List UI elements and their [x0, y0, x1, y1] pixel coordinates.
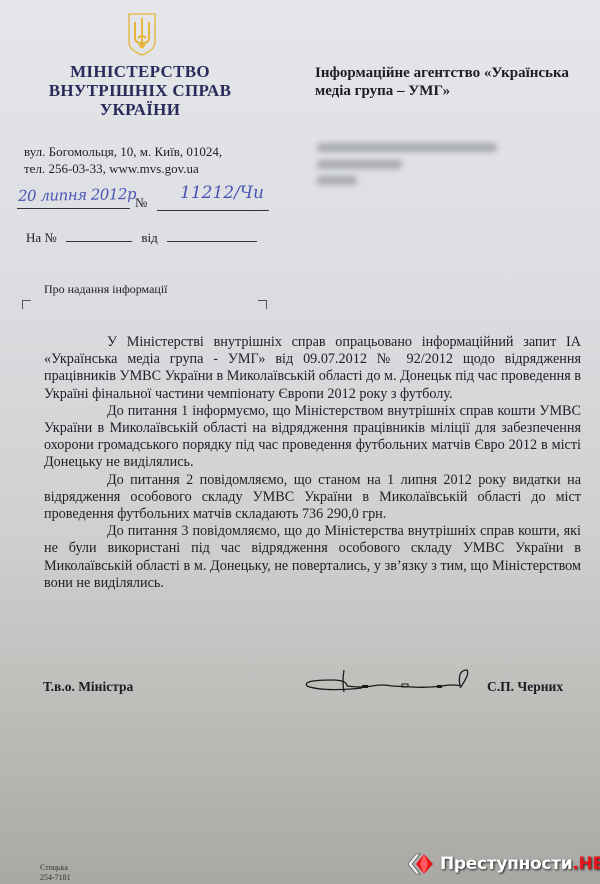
reply-reference: На № від	[26, 230, 257, 246]
signatory-name: С.П. Черних	[487, 679, 563, 695]
watermark-name: Преступности	[440, 854, 572, 874]
ministry-line-2: ВНУТРІШНІХ СПРАВ	[40, 81, 240, 100]
number-label: №	[135, 195, 147, 211]
recipient: Інформаційне агентство «Українська медіа…	[315, 64, 595, 100]
reply-number-blank	[66, 241, 132, 242]
body-paragraph: У Міністерстві внутрішніх справ опрацьов…	[44, 334, 581, 403]
reply-number-label: На №	[26, 230, 57, 245]
diamond-logo-icon	[406, 850, 436, 878]
executor-info: Стоцька 254-7181	[40, 863, 71, 883]
ministry-line-3: УКРАЇНИ	[40, 100, 240, 119]
letter-subject: Про надання інформації	[44, 282, 168, 297]
subject-bracket-left	[22, 300, 31, 309]
redacted-postcode-line	[317, 176, 357, 185]
recipient-line-1: Інформаційне агентство «Українська	[315, 64, 595, 82]
ministry-line-1: МІНІСТЕРСТВО	[40, 62, 240, 81]
body-paragraph: До питання 1 інформуємо, що Міністерство…	[44, 403, 581, 472]
letter-body: У Міністерстві внутрішніх справ опрацьов…	[44, 334, 581, 592]
subject-bracket-right	[258, 300, 267, 309]
executor-name: Стоцька	[40, 863, 71, 873]
site-watermark: Преступности.НЕТ	[406, 850, 600, 878]
reply-date-label: від	[141, 230, 157, 245]
executor-phone: 254-7181	[40, 873, 71, 883]
reply-date-blank	[167, 241, 257, 242]
body-paragraph: До питання 3 повідомляємо, що до Міністе…	[44, 523, 581, 592]
redacted-city-line	[317, 160, 402, 169]
handwritten-date: 20 липня 2012р	[18, 185, 136, 205]
date-underline	[17, 208, 130, 209]
handwritten-number: 11212/Чи	[180, 183, 264, 203]
ministry-address: вул. Богомольця, 10, м. Київ, 01024, тел…	[24, 143, 222, 177]
handwritten-signature-icon	[302, 666, 477, 696]
trident-coat-of-arms-icon	[126, 12, 158, 56]
number-underline	[157, 210, 269, 211]
recipient-line-2: медіа група – УМГ»	[315, 82, 595, 100]
redacted-address-line	[317, 143, 497, 152]
body-paragraph: До питання 2 повідомляємо, що станом на …	[44, 472, 581, 524]
watermark-text: Преступности.НЕТ	[440, 854, 600, 874]
contact-line: тел. 256-03-33, www.mvs.gov.ua	[24, 160, 222, 177]
watermark-suffix: .НЕТ	[572, 854, 600, 874]
signatory-position: Т.в.о. Міністра	[43, 679, 133, 695]
address-line: вул. Богомольця, 10, м. Київ, 01024,	[24, 143, 222, 160]
ministry-name: МІНІСТЕРСТВО ВНУТРІШНІХ СПРАВ УКРАЇНИ	[40, 62, 240, 119]
